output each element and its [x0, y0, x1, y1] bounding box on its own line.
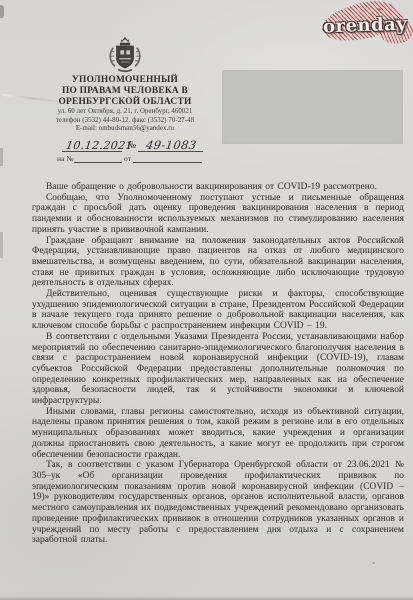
body-paragraph-1: Ваше обращение о добровольности вакцинир… — [32, 182, 404, 193]
letter-body: Ваше обращение о добровольности вакцинир… — [32, 182, 404, 546]
scan-edge-artifact — [0, 148, 3, 166]
scan-bottom-shadow — [0, 596, 413, 600]
number-sign: № — [127, 141, 136, 151]
reply-from-label: от — [124, 154, 131, 163]
org-name-line2: ПО ПРАВАМ ЧЕЛОВЕКА В — [18, 86, 232, 97]
body-paragraph-3: Граждане обращают внимание на положения … — [32, 236, 404, 290]
body-paragraph-5: В соответствии с отдельными Указами През… — [32, 332, 404, 407]
org-name-line1: УПОЛНОМОЧЕННЫЙ — [18, 75, 232, 86]
coat-of-arms-icon — [108, 36, 142, 73]
scan-edge-artifact — [0, 5, 4, 18]
org-phone-fax: телефон (3532) 44-80-12, факс (3532) 70-… — [18, 117, 232, 126]
scan-edge-artifact — [0, 232, 3, 258]
reply-date-blank-line — [133, 162, 202, 163]
orenday-watermark: orenday — [303, 2, 413, 54]
orenday-logo-text: orenday — [322, 14, 407, 38]
body-paragraph-7: Так, в соответствии с указом Губернатора… — [32, 460, 404, 546]
org-address: ул. 60 лет Октября, д. 21, г. Оренбург, … — [18, 108, 232, 117]
date-blank-line — [62, 151, 122, 152]
org-email: E-mail: ombudsman56@yandex.ru — [18, 125, 232, 134]
body-paragraph-4: Действительно, оценивая существующие рис… — [32, 289, 404, 332]
redacted-recipient-box — [222, 70, 403, 144]
reply-to-number-label: на № — [57, 154, 74, 163]
org-name-line3: ОРЕНБУРГСКОЙ ОБЛАСТИ — [18, 97, 232, 108]
scan-speck — [372, 562, 375, 564]
number-blank-line — [138, 151, 203, 152]
outgoing-number-handwritten: 49-1083 — [145, 138, 198, 152]
body-paragraph-6: Иными словами, главы регионы самостоятел… — [32, 407, 404, 461]
reply-number-blank-line — [74, 162, 122, 163]
letterhead: УПОЛНОМОЧЕННЫЙ ПО ПРАВАМ ЧЕЛОВЕКА В ОРЕН… — [18, 36, 232, 134]
body-paragraph-2: Сообщаю, что Уполномоченному поступают у… — [32, 193, 404, 236]
